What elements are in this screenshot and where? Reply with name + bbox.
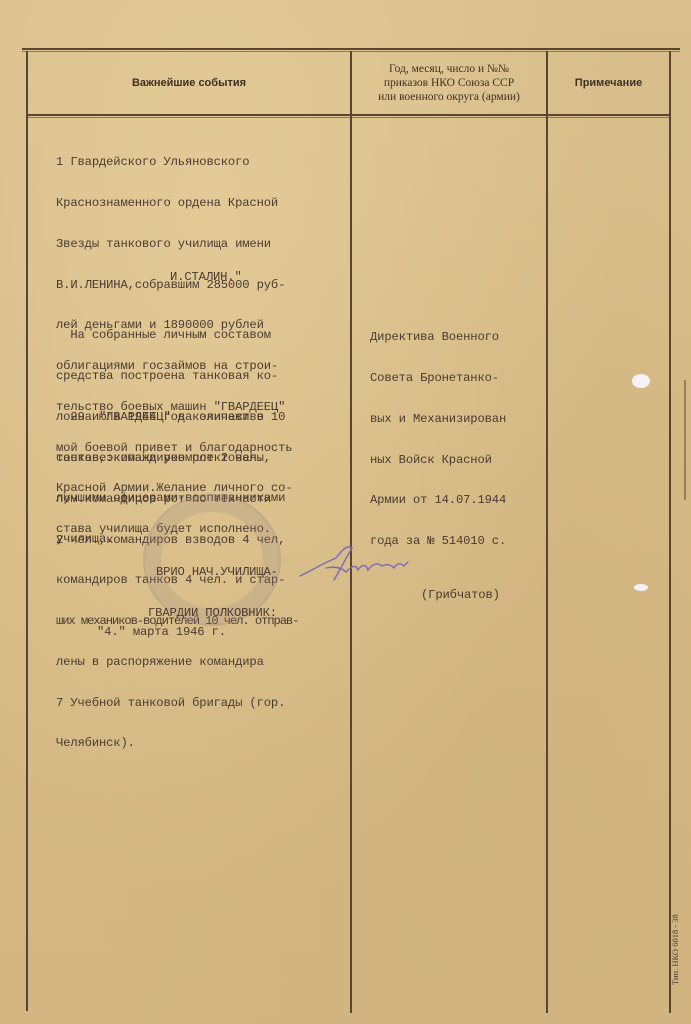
printer-mark: Тип. НКО 6018 - 38 (670, 914, 680, 985)
header-orders-line-1: Год, месяц, число и №№ (389, 62, 509, 76)
header-orders: Год, месяц, число и №№ приказов НКО Союз… (352, 52, 546, 114)
page-edge-line (684, 380, 686, 500)
signatory-name: (Грибчатов) (421, 589, 500, 603)
column-border-1 (350, 51, 352, 1013)
header-bottom-border (27, 114, 669, 116)
header-bottom-border-inner (27, 117, 669, 118)
paper-hole (632, 374, 650, 388)
header-orders-line-2: приказов НКО Союза ССР (384, 76, 514, 90)
document-page: Важнейшие события Год, месяц, число и №№… (0, 0, 691, 1024)
header-orders-line-3: или военного округа (армии) (378, 90, 520, 104)
column-border-right (669, 51, 671, 1013)
column-border-left (26, 51, 28, 1011)
orders-directive: Директива Военного Совета Бронетанко- вы… (370, 304, 506, 576)
document-date: "4." марта 1946 г. (97, 626, 226, 640)
header-important-events: Важнейшие события (28, 52, 350, 114)
stalin-signature-line: И.СТАЛИН." (170, 271, 242, 285)
table-top-border (22, 48, 680, 50)
paper-hole (634, 584, 648, 591)
column-border-2 (546, 51, 548, 1013)
header-notes: Примечание (548, 52, 669, 114)
